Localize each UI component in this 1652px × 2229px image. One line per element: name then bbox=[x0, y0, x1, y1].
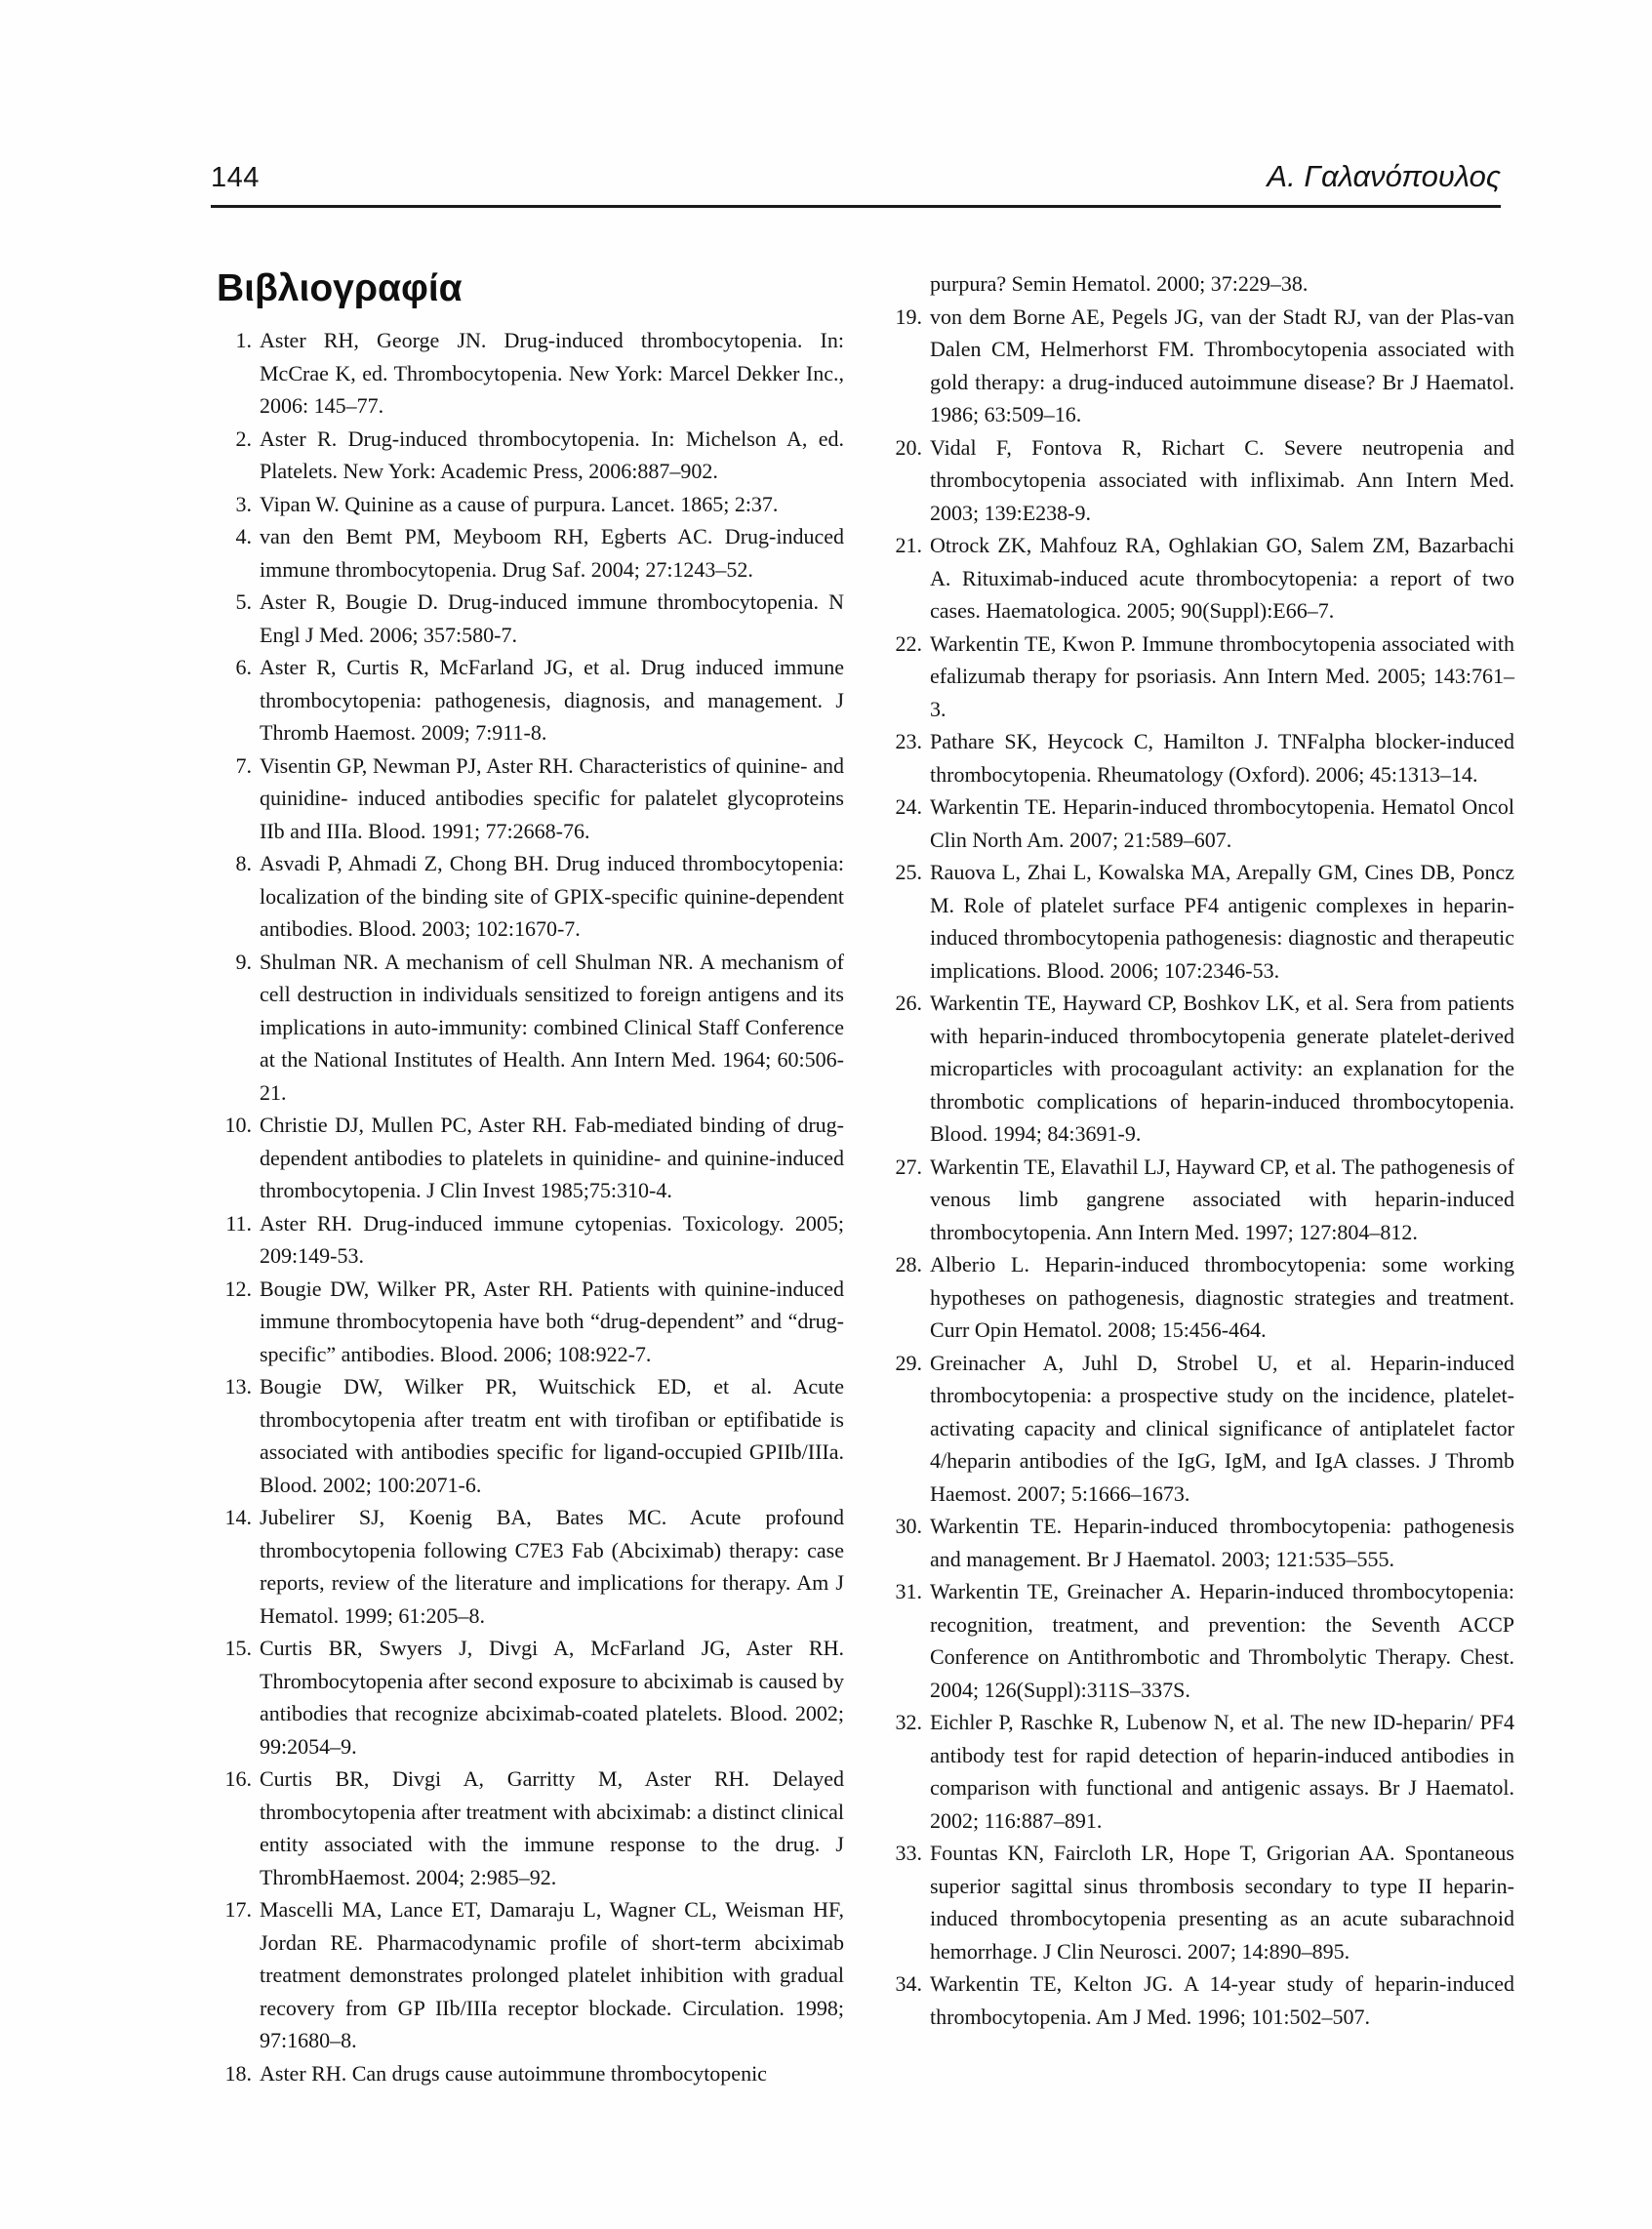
reference-item: 12. Bougie DW, Wilker PR, Aster RH. Pati… bbox=[217, 1273, 844, 1371]
reference-item: 22. Warkentin TE, Kwon P. Immune thrombo… bbox=[887, 628, 1514, 726]
reference-item: 7. Visentin GP, Newman PJ, Aster RH. Cha… bbox=[217, 750, 844, 848]
reference-item: 10. Christie DJ, Mullen PC, Aster RH. Fa… bbox=[217, 1109, 844, 1207]
right-column: purpura? Semin Hematol. 2000; 37:229–38.… bbox=[887, 267, 1514, 2089]
reference-number: 24. bbox=[887, 790, 930, 824]
reference-text: Warkentin TE, Hayward CP, Boshkov LK, et… bbox=[930, 987, 1514, 1151]
reference-item: 13. Bougie DW, Wilker PR, Wuitschick ED,… bbox=[217, 1370, 844, 1501]
bibliography-columns: Βιβλιογραφία 1. Aster RH, George JN. Dru… bbox=[217, 267, 1514, 2089]
reference-number: 7. bbox=[217, 750, 260, 783]
reference-text: Alberio L. Heparin-induced thrombocytope… bbox=[930, 1248, 1514, 1347]
reference-item: 16. Curtis BR, Divgi A, Garritty M, Aste… bbox=[217, 1763, 844, 1893]
reference-number: 21. bbox=[887, 529, 930, 562]
reference-text: Pathare SK, Heycock C, Hamilton J. TNFal… bbox=[930, 725, 1514, 790]
reference-text: van den Bemt PM, Meyboom RH, Egberts AC.… bbox=[260, 520, 844, 586]
reference-item: 27. Warkentin TE, Elavathil LJ, Hayward … bbox=[887, 1151, 1514, 1249]
reference-text: Christie DJ, Mullen PC, Aster RH. Fab-me… bbox=[260, 1109, 844, 1207]
reference-item: 11. Aster RH. Drug-induced immune cytope… bbox=[217, 1207, 844, 1273]
reference-number: 32. bbox=[887, 1706, 930, 1739]
reference-text: Curtis BR, Divgi A, Garritty M, Aster RH… bbox=[260, 1763, 844, 1893]
reference-number: 22. bbox=[887, 628, 930, 661]
reference-text: purpura? Semin Hematol. 2000; 37:229–38. bbox=[930, 267, 1514, 301]
reference-text: Warkentin TE, Kwon P. Immune thrombocyto… bbox=[930, 628, 1514, 726]
reference-text: Asvadi P, Ahmadi Z, Chong BH. Drug induc… bbox=[260, 847, 844, 946]
reference-number: 9. bbox=[217, 946, 260, 979]
reference-text: Bougie DW, Wilker PR, Aster RH. Patients… bbox=[260, 1273, 844, 1371]
reference-number: 3. bbox=[217, 488, 260, 521]
reference-item: purpura? Semin Hematol. 2000; 37:229–38. bbox=[887, 267, 1514, 301]
reference-list-left: 1. Aster RH, George JN. Drug-induced thr… bbox=[217, 324, 844, 2089]
reference-text: Mascelli MA, Lance ET, Damaraju L, Wagne… bbox=[260, 1893, 844, 2057]
reference-number: 4. bbox=[217, 520, 260, 553]
reference-number: 23. bbox=[887, 725, 930, 758]
reference-item: 5. Aster R, Bougie D. Drug-induced immun… bbox=[217, 586, 844, 651]
reference-text: Vipan W. Quinine as a cause of purpura. … bbox=[260, 488, 844, 521]
reference-number: 6. bbox=[217, 651, 260, 684]
reference-item: 2. Aster R. Drug-induced thrombocytopeni… bbox=[217, 423, 844, 488]
reference-number: 16. bbox=[217, 1763, 260, 1796]
reference-text: Aster RH. Can drugs cause autoimmune thr… bbox=[260, 2057, 844, 2090]
reference-number: 19. bbox=[887, 301, 930, 334]
reference-number: 20. bbox=[887, 431, 930, 465]
section-title: Βιβλιογραφία bbox=[217, 267, 844, 310]
reference-text: Warkentin TE. Heparin-induced thrombocyt… bbox=[930, 1510, 1514, 1575]
reference-item: 26. Warkentin TE, Hayward CP, Boshkov LK… bbox=[887, 987, 1514, 1151]
reference-number: 1. bbox=[217, 324, 260, 357]
reference-number: 26. bbox=[887, 987, 930, 1020]
reference-item: 28. Alberio L. Heparin-induced thrombocy… bbox=[887, 1248, 1514, 1347]
running-head: 144 Α. Γαλανόπουλος bbox=[211, 159, 1501, 208]
reference-number: 17. bbox=[217, 1893, 260, 1926]
reference-text: Warkentin TE, Elavathil LJ, Hayward CP, … bbox=[930, 1151, 1514, 1249]
reference-number: 31. bbox=[887, 1575, 930, 1608]
reference-text: Aster RH, George JN. Drug-induced thromb… bbox=[260, 324, 844, 423]
reference-item: 3. Vipan W. Quinine as a cause of purpur… bbox=[217, 488, 844, 521]
reference-item: 9. Shulman NR. A mechanism of cell Shulm… bbox=[217, 946, 844, 1110]
reference-number: 18. bbox=[217, 2057, 260, 2090]
reference-number: 10. bbox=[217, 1109, 260, 1142]
left-column: Βιβλιογραφία 1. Aster RH, George JN. Dru… bbox=[217, 267, 844, 2089]
running-head-author: Α. Γαλανόπουλος bbox=[1267, 159, 1501, 194]
reference-item: 23. Pathare SK, Heycock C, Hamilton J. T… bbox=[887, 725, 1514, 790]
reference-item: 1. Aster RH, George JN. Drug-induced thr… bbox=[217, 324, 844, 423]
reference-item: 8. Asvadi P, Ahmadi Z, Chong BH. Drug in… bbox=[217, 847, 844, 946]
reference-text: Jubelirer SJ, Koenig BA, Bates MC. Acute… bbox=[260, 1501, 844, 1632]
reference-number: 15. bbox=[217, 1632, 260, 1665]
reference-text: Warkentin TE, Greinacher A. Heparin-indu… bbox=[930, 1575, 1514, 1706]
reference-number: 28. bbox=[887, 1248, 930, 1281]
reference-number: 34. bbox=[887, 1967, 930, 2001]
reference-item: 6. Aster R, Curtis R, McFarland JG, et a… bbox=[217, 651, 844, 750]
reference-text: Fountas KN, Faircloth LR, Hope T, Grigor… bbox=[930, 1837, 1514, 1967]
reference-item: 14. Jubelirer SJ, Koenig BA, Bates MC. A… bbox=[217, 1501, 844, 1632]
reference-item: 31. Warkentin TE, Greinacher A. Heparin-… bbox=[887, 1575, 1514, 1706]
reference-item: 33. Fountas KN, Faircloth LR, Hope T, Gr… bbox=[887, 1837, 1514, 1967]
reference-number: 29. bbox=[887, 1347, 930, 1380]
reference-number: 14. bbox=[217, 1501, 260, 1534]
reference-text: Eichler P, Raschke R, Lubenow N, et al. … bbox=[930, 1706, 1514, 1837]
reference-number: 25. bbox=[887, 856, 930, 889]
reference-number: 13. bbox=[217, 1370, 260, 1403]
reference-item: 30. Warkentin TE. Heparin-induced thromb… bbox=[887, 1510, 1514, 1575]
reference-text: Greinacher A, Juhl D, Strobel U, et al. … bbox=[930, 1347, 1514, 1511]
reference-number: 2. bbox=[217, 423, 260, 456]
reference-item: 20. Vidal F, Fontova R, Richart C. Sever… bbox=[887, 431, 1514, 530]
reference-text: Aster R, Curtis R, McFarland JG, et al. … bbox=[260, 651, 844, 750]
reference-item: 19. von dem Borne AE, Pegels JG, van der… bbox=[887, 301, 1514, 431]
reference-number: 5. bbox=[217, 586, 260, 619]
reference-item: 34. Warkentin TE, Kelton JG. A 14-year s… bbox=[887, 1967, 1514, 2033]
reference-number: 30. bbox=[887, 1510, 930, 1543]
document-page: 144 Α. Γαλανόπουλος Βιβλιογραφία 1. Aste… bbox=[0, 0, 1652, 2229]
reference-number: 11. bbox=[217, 1207, 260, 1240]
page-number: 144 bbox=[211, 162, 260, 194]
reference-item: 4. van den Bemt PM, Meyboom RH, Egberts … bbox=[217, 520, 844, 586]
reference-number: 27. bbox=[887, 1151, 930, 1184]
reference-item: 32. Eichler P, Raschke R, Lubenow N, et … bbox=[887, 1706, 1514, 1837]
reference-number: 12. bbox=[217, 1273, 260, 1306]
reference-text: Visentin GP, Newman PJ, Aster RH. Charac… bbox=[260, 750, 844, 848]
reference-item: 17. Mascelli MA, Lance ET, Damaraju L, W… bbox=[217, 1893, 844, 2057]
reference-text: von dem Borne AE, Pegels JG, van der Sta… bbox=[930, 301, 1514, 431]
reference-text: Aster R. Drug-induced thrombocytopenia. … bbox=[260, 423, 844, 488]
reference-item: 29. Greinacher A, Juhl D, Strobel U, et … bbox=[887, 1347, 1514, 1511]
reference-text: Vidal F, Fontova R, Richart C. Severe ne… bbox=[930, 431, 1514, 530]
reference-text: Warkentin TE. Heparin-induced thrombocyt… bbox=[930, 790, 1514, 856]
reference-number: 33. bbox=[887, 1837, 930, 1870]
reference-item: 21. Otrock ZK, Mahfouz RA, Oghlakian GO,… bbox=[887, 529, 1514, 628]
reference-item: 18. Aster RH. Can drugs cause autoimmune… bbox=[217, 2057, 844, 2090]
reference-text: Curtis BR, Swyers J, Divgi A, McFarland … bbox=[260, 1632, 844, 1763]
reference-item: 15. Curtis BR, Swyers J, Divgi A, McFarl… bbox=[217, 1632, 844, 1763]
reference-number: 8. bbox=[217, 847, 260, 880]
reference-text: Warkentin TE, Kelton JG. A 14-year study… bbox=[930, 1967, 1514, 2033]
reference-text: Otrock ZK, Mahfouz RA, Oghlakian GO, Sal… bbox=[930, 529, 1514, 628]
reference-text: Bougie DW, Wilker PR, Wuitschick ED, et … bbox=[260, 1370, 844, 1501]
reference-text: Aster RH. Drug-induced immune cytopenias… bbox=[260, 1207, 844, 1273]
reference-text: Shulman NR. A mechanism of cell Shulman … bbox=[260, 946, 844, 1110]
reference-text: Aster R, Bougie D. Drug-induced immune t… bbox=[260, 586, 844, 651]
reference-item: 25. Rauova L, Zhai L, Kowalska MA, Arepa… bbox=[887, 856, 1514, 987]
reference-text: Rauova L, Zhai L, Kowalska MA, Arepally … bbox=[930, 856, 1514, 987]
reference-list-right: purpura? Semin Hematol. 2000; 37:229–38.… bbox=[887, 267, 1514, 2033]
reference-item: 24. Warkentin TE. Heparin-induced thromb… bbox=[887, 790, 1514, 856]
